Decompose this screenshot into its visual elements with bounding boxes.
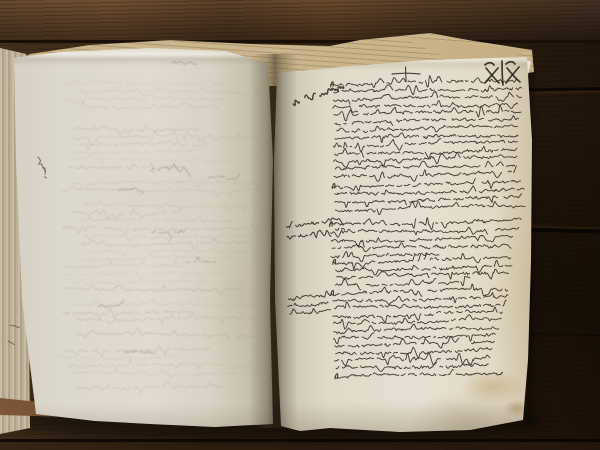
wooden-plank-bottom: [0, 442, 600, 450]
manuscript-photo: [0, 0, 600, 450]
gutter-shadow: [250, 54, 298, 428]
wooden-plank-top: [0, 0, 600, 43]
